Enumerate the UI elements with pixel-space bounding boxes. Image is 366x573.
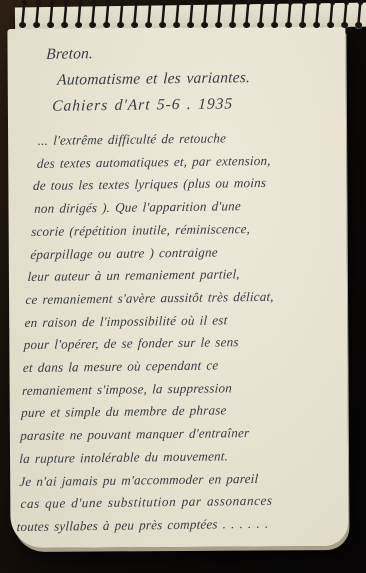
spiral-loop-icon (159, 1, 168, 29)
spiral-loop-icon (117, 1, 126, 29)
spiral-loop-icon (271, 1, 280, 29)
spiral-binding (20, 1, 363, 28)
spiral-loop-icon (187, 1, 196, 29)
spiral-loop-icon (201, 1, 210, 29)
manuscript-line: toutes syllabes à peu près comptées . . … (16, 512, 330, 539)
spiral-loop-icon (341, 1, 350, 29)
spiral-loop-icon (47, 1, 56, 29)
spiral-loop-icon (313, 1, 322, 29)
quotation-text: ... l'extrême difficulté de retouchedes … (15, 126, 345, 539)
title-line: Automatisme et les variantes. (57, 64, 348, 94)
handwritten-text: Breton. Automatisme et les variantes. Ca… (15, 38, 349, 539)
spiral-loop-icon (89, 1, 98, 29)
spiral-loop-icon (103, 1, 112, 29)
author-line: Breton. (46, 38, 349, 68)
spiral-loop-icon (215, 1, 224, 29)
spiral-loop-icon (327, 1, 336, 29)
spiral-loop-icon (243, 1, 252, 29)
note-heading: Breton. Automatisme et les variantes. Ca… (32, 38, 349, 120)
spiral-loop-icon (285, 1, 294, 29)
spiral-loop-icon (131, 1, 140, 29)
spiral-loop-icon (355, 1, 364, 29)
spiral-loop-icon (173, 1, 182, 29)
reference-line: Cahiers d'Art 5-6 . 1935 (52, 90, 347, 120)
spiral-loop-icon (229, 1, 238, 29)
spiral-loop-icon (75, 1, 84, 29)
spiral-loop-icon (61, 1, 70, 29)
notebook-page: Breton. Automatisme et les variantes. Ca… (7, 27, 348, 548)
spiral-loop-icon (257, 1, 266, 29)
spiral-loop-icon (299, 1, 308, 29)
spiral-loop-icon (33, 1, 42, 29)
spiral-loop-icon (145, 1, 154, 29)
notebook-photo: Breton. Automatisme et les variantes. Ca… (0, 0, 366, 573)
spiral-loop-icon (19, 1, 28, 29)
